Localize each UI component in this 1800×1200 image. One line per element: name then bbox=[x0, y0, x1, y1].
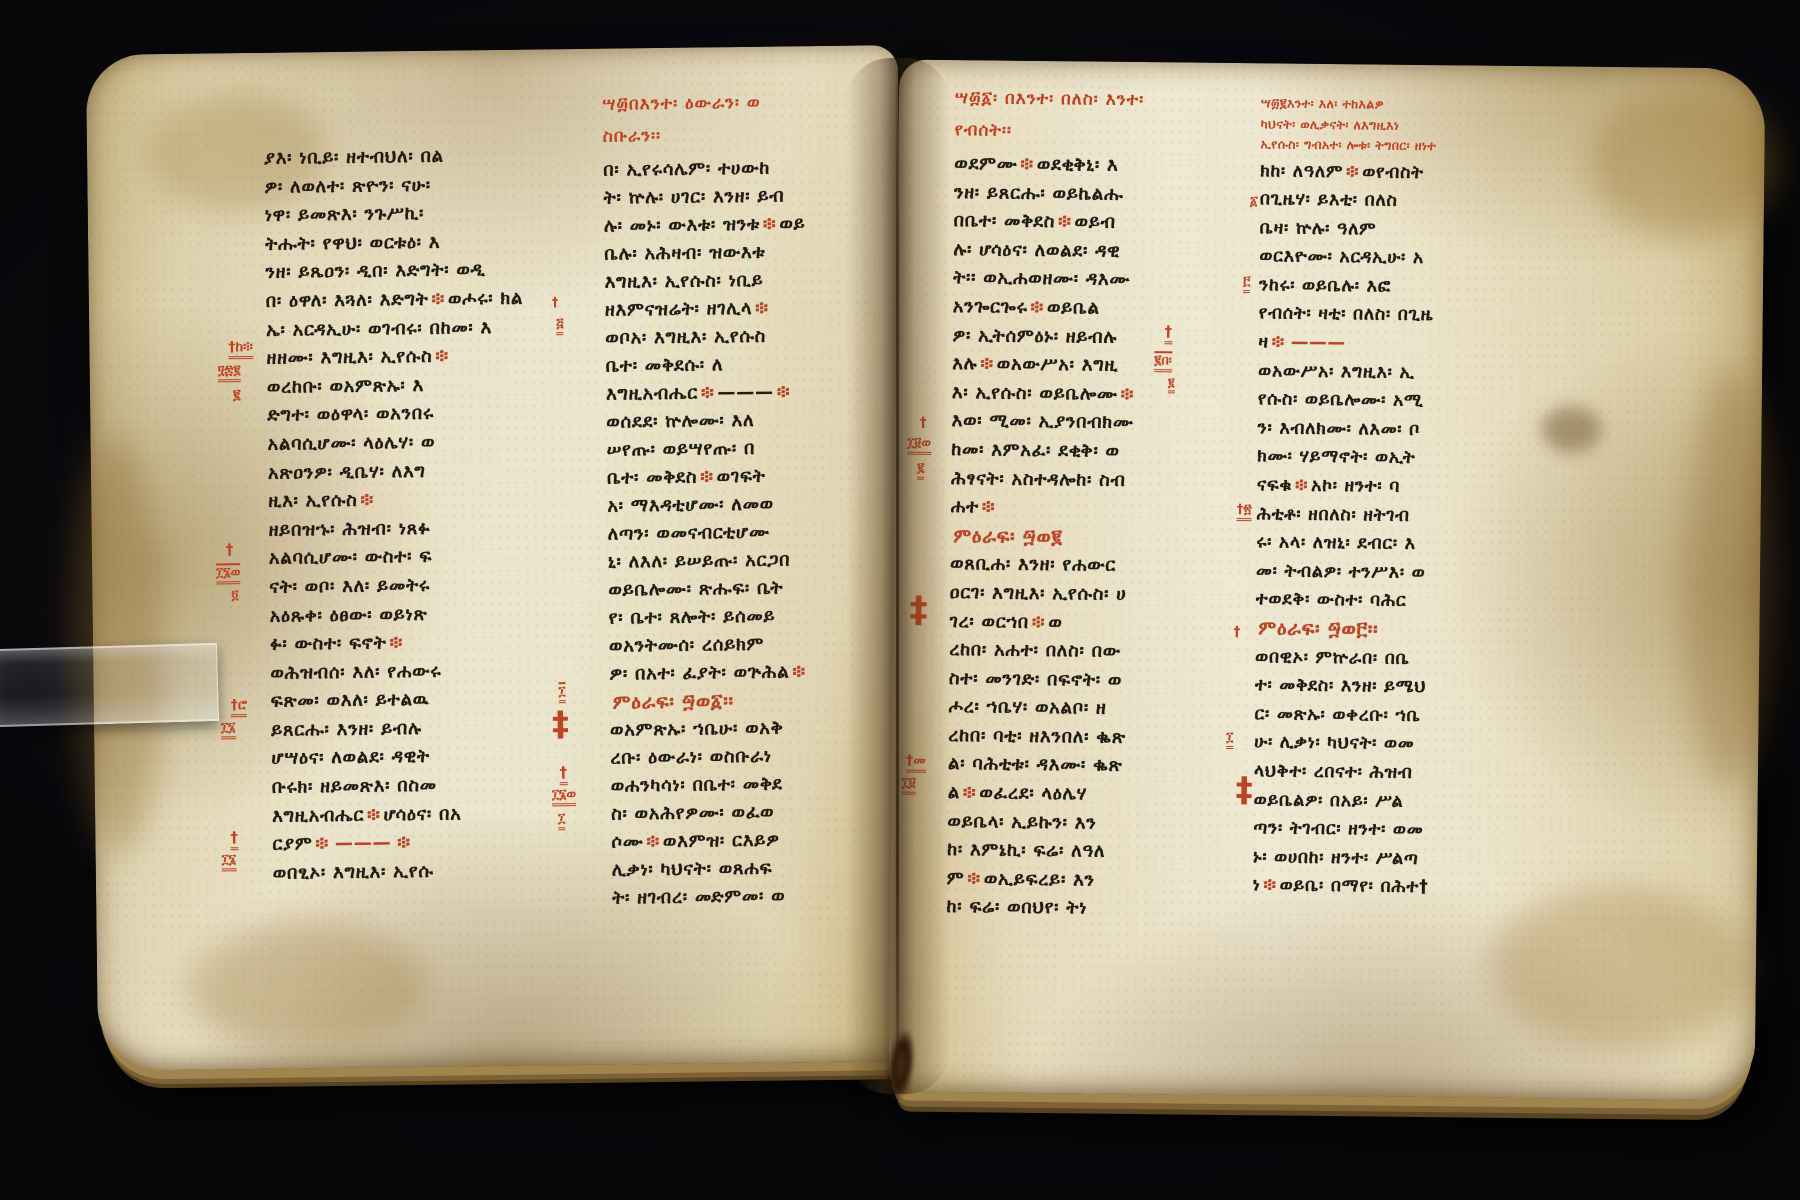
text-segment: ፨ bbox=[774, 381, 794, 402]
text-segment: አኮ፡ ዘንተ፡ ባ bbox=[1311, 476, 1400, 497]
text-segment: ፨ bbox=[1017, 154, 1037, 175]
text-segment: በ፡ ኢየሩሳሌም፡ ተሀውከ bbox=[603, 158, 770, 181]
text-line: –ዘይበዝኁ፡ ሕዝብ፡ ነጸፉ bbox=[268, 513, 590, 546]
text-line: –ኤ፡ አርዳኢሁ፡ ወገብሩ፡ በከመ፡ እ bbox=[266, 312, 588, 345]
text-line: –ዚእ፡ ኢየሱስ፨ bbox=[268, 484, 590, 517]
rubric-cross-mark: † bbox=[1233, 625, 1240, 640]
text-segment: ፨ bbox=[697, 466, 717, 487]
text-line: –አልባሲሆሙ፡ ላዕሌሃ፡ ወ bbox=[267, 427, 589, 460]
text-segment: ——— bbox=[717, 382, 774, 404]
text-segment: የብሰት፡ ዛቲ፡ በለስ፡ በጊዜ bbox=[1259, 304, 1434, 326]
text-segment: ፨ bbox=[387, 632, 407, 653]
text-segment: ሆሳዕና፡ በአ bbox=[383, 803, 461, 825]
text-segment: ፨ bbox=[1029, 611, 1049, 632]
text-segment: ሕፃናት፡ አስተዳሎከ፡ ስብ bbox=[951, 468, 1126, 491]
text-line: ተወደቅ፡ ውስተ፡ ባሕር bbox=[1256, 586, 1572, 618]
rubric-cross-mark: † bbox=[226, 542, 234, 558]
text-segment: ወአንትሙሰ፡ ረሰይክም bbox=[609, 634, 764, 657]
text-segment: ወየብስት bbox=[1362, 162, 1424, 183]
text-segment: ናት፡ ወቦ፡ እለ፡ ይመትሩ bbox=[269, 575, 430, 598]
parchment-stain bbox=[1682, 368, 1776, 789]
text-line: –ፉ፡ ውስተ፡ ፍኖት፨ bbox=[270, 627, 592, 660]
text-segment: ተወደቅ፡ ውስተ፡ ባሕር bbox=[1256, 590, 1407, 612]
text-segment: እግዚእ፡ ኢየሱስ፡ ነቢይ bbox=[605, 270, 764, 293]
rubric-cross-mark: † bbox=[552, 296, 559, 310]
text-line: ናፍቁ፨አኮ፡ ዘንተ፡ ባ bbox=[1257, 471, 1573, 503]
text-segment: ኤ፡ አርዳኢሁ፡ ወገብሩ፡ በከመ፡ እ bbox=[266, 317, 492, 341]
text-line: ኑ፡ ወሀበከ፡ ዘንተ፡ ሥልጣ bbox=[1253, 843, 1569, 875]
text-segment: ቤተ፡ መቅደሱ፡ ለ bbox=[606, 354, 724, 376]
rubric-canon-number: ፪ bbox=[233, 388, 241, 403]
text-segment: ዐርገ፡ እግዚእ፡ ኢየሱስ፡ ሀ bbox=[950, 582, 1127, 605]
text-segment: ኑ፡ ወሀበከ፡ ዘንተ፡ ሥልጣ bbox=[1253, 847, 1419, 869]
text-segment: ፨ bbox=[432, 346, 452, 367]
text-line: –ት፡፡ ወኢሐወዘሙ፡ ዳእሙ bbox=[953, 264, 1259, 296]
text-segment: † bbox=[1419, 877, 1429, 897]
text-line: –ል፡ ባሕቲቱ፡ ዳእሙ፡ ቈጽ bbox=[948, 751, 1254, 783]
rubric-canon-number: ፲፮ bbox=[221, 721, 236, 739]
rubric-cross-mark: †፳ bbox=[1237, 503, 1252, 521]
text-line: –ድግተ፡ ወዕዋላ፡ ወአንበሩ bbox=[267, 398, 589, 431]
text-line: ምዕራፍ፡ ፵ወ፪ bbox=[950, 522, 1256, 554]
text-line: –በ፡ ዕዋለ፡ እጓለ፡ እድግት፨ወሖሩ፡ ክል bbox=[266, 284, 588, 317]
text-segment: እ፡ ኢየሱስ፡ ወይቤሎሙ bbox=[952, 382, 1118, 405]
text-segment: ፨ bbox=[698, 382, 718, 403]
rubric-header-line: ኢየሱስ፡ ግብአተ፡ ሎቱ፡ ትግበር፡ ዘነተ bbox=[1260, 136, 1576, 155]
text-line: –ቡሩክ፡ ዘይመጽእ፡ በስመ bbox=[272, 770, 594, 803]
text-segment: መ፡ ትብልዎ፡ ተንሥእ፡ ወ bbox=[1256, 561, 1426, 583]
text-segment: ወረከቡ፡ ወአምጽኡ፡ እ bbox=[267, 375, 424, 398]
rubric-header-line: ሣ፴፩፡ በእንተ፡ በለስ፡ እንተ፡ bbox=[955, 86, 1261, 114]
text-line: –እ፡ ኢየሱስ፡ ወይቤሎሙ፨ bbox=[952, 379, 1258, 411]
text-line: –በቤተ፡ መቅደስ፨ወይብ bbox=[954, 207, 1260, 239]
text-line: ወይቤልዎ፡ በአይ፡ ሥል bbox=[1254, 786, 1570, 818]
text-line: –አልባሲሆሙ፡ ውስተ፡ ፍ bbox=[269, 541, 591, 574]
text-segment: ስተ፡ መንገድ፡ በፍኖት፡ ወ bbox=[949, 668, 1122, 691]
text-segment: ወአውሥአ፡ እግዚ bbox=[997, 354, 1119, 376]
text-line: –ከመ፡ እምአፈ፡ ደቂቅ፡ ወ bbox=[951, 436, 1257, 468]
text-segment: ወሐንካሳነ፡ በቤተ፡ መቅደ bbox=[611, 774, 783, 797]
text-segment: ፨ bbox=[1055, 211, 1075, 232]
text-segment: ፨ bbox=[977, 353, 997, 374]
rubric-canon-number: ፩ bbox=[1250, 195, 1258, 209]
text-segment: ትሑት፡ የዋህ፡ ወርቱዕ፡ እ bbox=[265, 231, 440, 254]
text-segment: ፨ bbox=[1269, 332, 1288, 352]
text-segment: አዕጹቀ፡ ዕፀው፡ ወይነጽ bbox=[270, 603, 428, 626]
text-segment: ፨ bbox=[394, 832, 414, 853]
text-segment: ——— bbox=[332, 833, 395, 855]
text-segment: ድግተ፡ ወዕዋላ፡ ወአንበሩ bbox=[267, 403, 434, 426]
rubric-staff-cross: ‡ bbox=[1236, 773, 1253, 809]
text-segment: ወጸቢሐ፡ እንዘ፡ የሐውር bbox=[950, 553, 1116, 576]
text-segment: ጣን፡ ትገብር፡ ዘንተ፡ ወመ bbox=[1253, 818, 1423, 840]
text-line: –ወጸቢሐ፡ እንዘ፡ የሐውር bbox=[950, 550, 1256, 582]
text-segment: ሩ፡ አላ፡ ለዝኒ፡ ደብር፡ እ bbox=[1256, 532, 1416, 554]
text-segment: ወገፍት bbox=[717, 466, 766, 488]
text-segment: በቤተ፡ መቅደስ bbox=[954, 210, 1056, 232]
text-segment: ንዘ፡ ይጼዐን፡ ዲበ፡ እድግት፡ ወዲ bbox=[265, 260, 485, 284]
text-line: ወርእዮሙ፡ አርዳኢሁ፡ አ bbox=[1259, 243, 1575, 275]
text-segment: ወበዊኦ፡ ምኵራበ፡ በቤ bbox=[1255, 647, 1410, 669]
text-segment: ዘይበዝኁ፡ ሕዝብ፡ ነጸፉ bbox=[269, 518, 431, 541]
text-segment: ቡሩክ፡ ዘይመጽእ፡ በስመ bbox=[272, 775, 437, 798]
text-segment: ——— bbox=[1288, 333, 1349, 354]
text-segment: ወአምጽኡ፡ ኀቤሁ፡ ወአቅ bbox=[610, 718, 784, 741]
text-segment: ዚእ፡ ኢየሱስ bbox=[268, 490, 357, 512]
text-segment: ፨ bbox=[789, 661, 809, 682]
text-line: ጣን፡ ትገብር፡ ዘንተ፡ ወመ bbox=[1253, 814, 1569, 846]
rubric-canon-number: ፲፮ወ bbox=[552, 788, 576, 806]
text-segment: ወይብ bbox=[1074, 212, 1115, 233]
rubric-canon-number: ፲፮ወ bbox=[216, 563, 240, 584]
text-segment: ፨ bbox=[643, 831, 663, 852]
text-segment: ነ bbox=[1253, 876, 1261, 896]
rubric-header-line: ሣ፴፪እንተ፡ እለ፡ ተከእልዎ bbox=[1261, 95, 1577, 114]
text-line: በጊዜሃ፡ ይእቲ፡ በለስ bbox=[1260, 185, 1576, 217]
rubric-cross-mark: †ሮ bbox=[231, 698, 248, 717]
text-segment: ሉ፡ ሆሳዕና፡ ለወልደ፡ ዳዊ bbox=[953, 239, 1120, 262]
text-segment: ሆሣዕና፡ ለወልደ፡ ዳዊት bbox=[271, 746, 430, 769]
text-segment: አልባሲሆሙ፡ ውስተ፡ ፍ bbox=[269, 546, 432, 569]
text-segment: ፨ bbox=[1118, 384, 1138, 405]
text-segment: ወይቤ፡ በማየ፡ በሕተ bbox=[1280, 876, 1420, 897]
parchment-stain bbox=[1489, 886, 1751, 1049]
text-segment: ወሖሩ፡ ክል bbox=[448, 288, 523, 310]
text-line: –አዕጹቀ፡ ዕፀው፡ ወይነጽ bbox=[270, 598, 592, 631]
text-segment: እግዚአብሔር bbox=[606, 383, 698, 405]
text-line: –ረከበ፡ አሐተ፡ በለስ፡ በው bbox=[949, 636, 1255, 668]
text-line: –ወይቤላ፡ ኢይኩን፡ እን bbox=[947, 808, 1253, 840]
text-line: ሩ፡ አላ፡ ለዝኒ፡ ደብር፡ እ bbox=[1256, 528, 1572, 560]
text-segment: ወይቤሎሙ፡ ጽሑፍ፡ ቤት bbox=[608, 578, 783, 601]
text-line: –ናት፡ ወቦ፡ እለ፡ ይመትሩ bbox=[269, 570, 591, 603]
text-line: ምዕራፍ፡ ፵ወ፫፡፡ bbox=[1255, 614, 1571, 646]
rubric-canon-number: ፲ bbox=[559, 682, 566, 703]
text-segment: ክከ፡ ለዓለም bbox=[1260, 161, 1343, 182]
text-line: –ዐርገ፡ እግዚእ፡ ኢየሱስ፡ ሀ bbox=[950, 579, 1256, 611]
text-segment: ላህቅተ፡ ረበናተ፡ ሕዝብ bbox=[1254, 761, 1413, 783]
text-segment: ዎ፡ ለወለተ፡ ጽዮን፡ ናሁ፡ bbox=[264, 174, 431, 197]
text-segment: ወእምዝ፡ ርእይዎ bbox=[663, 830, 780, 852]
rubric-header-line: የብሰት፡፡ bbox=[955, 118, 1261, 146]
rubric-staff-cross: ‡ bbox=[552, 707, 569, 743]
text-segment: ናፍቁ bbox=[1257, 475, 1292, 495]
text-segment: ቤሉ፡ አሕዛብ፡ ዝውእቱ bbox=[604, 242, 765, 265]
text-line: ክሙ፡ ሃይማኖት፡ ወኢት bbox=[1257, 443, 1573, 475]
text-line: –ፍጽመ፡ ወእለ፡ ይተልዉ bbox=[271, 684, 593, 717]
text-segment: እሉ bbox=[952, 353, 977, 374]
text-line: –ወበፂኦ፡ እግዚእ፡ ኢየሱ bbox=[273, 856, 595, 889]
rubric-canon-number: ፲ bbox=[558, 812, 565, 830]
text-segment: ከ፡ ፍሬ፡ ወበህየ፡ ትነ bbox=[946, 896, 1087, 918]
text-segment: ከመ፡ እምአፈ፡ ደቂቅ፡ ወ bbox=[951, 439, 1120, 462]
text-line: –ገረ፡ ወርኀበ፨ወ bbox=[949, 608, 1255, 640]
text-column-1: –ያእ፡ ነቢይ፡ ዘተብህለ፡ በል–ዎ፡ ለወለተ፡ ጽዮን፡ ናሁ፡–ነዋ… bbox=[264, 141, 595, 888]
margin-marks-right: †፲፱ወ፪‡†መ፲፱፩†፪በ፡፪፫†፳†፲‡ bbox=[899, 59, 1765, 68]
text-segment: ንከሩ፡ ወይቤሉ፡ እፎ bbox=[1259, 275, 1391, 296]
text-segment: ን፡ እብለክሙ፡ ለእመ፡ ቦ bbox=[1257, 418, 1420, 440]
text-segment: ወይቤል bbox=[1047, 297, 1100, 319]
rubric-cross-mark: † bbox=[1164, 324, 1172, 344]
text-segment: ሉ፡ መኑ፡ ውእቱ፡ ዝንቱ bbox=[604, 214, 760, 237]
text-segment: ረከበ፡ አሐተ፡ በለስ፡ በው bbox=[949, 639, 1121, 662]
text-segment: አጽዐንዎ፡ ዲቤሃ፡ ለእግ bbox=[268, 460, 426, 483]
manuscript-page-right: ሣ፴፩፡ በእንተ፡ በለስ፡ እንተ፡የብሰት፡፡–ወደምሙ፨ወደቂቅኒ፡ እ… bbox=[889, 59, 1766, 1100]
text-line: ክከ፡ ለዓለም፨ወየብስት bbox=[1260, 157, 1576, 189]
text-segment: ት፡ ኵሉ፡ ሀገር፡ እንዘ፡ ይብ bbox=[603, 185, 784, 208]
text-segment: ምዕራፍ፡ ፵ወ፪ bbox=[950, 525, 1065, 548]
text-segment: ዛ bbox=[1258, 332, 1269, 352]
text-segment: ት፡ ዘገብረ፡ መድምመ፡ ወ bbox=[612, 886, 785, 909]
text-segment: ወበፂኦ፡ እግዚእ፡ ኢየሱ bbox=[273, 861, 434, 884]
text-segment: ፨ bbox=[979, 496, 999, 517]
text-line: የብሰት፡ ዛቲ፡ በለስ፡ በጊዜ bbox=[1259, 300, 1575, 332]
rubric-canon-number: ፲ bbox=[1226, 731, 1233, 749]
text-segment: ሶሙ bbox=[611, 831, 643, 852]
rubric-header-line: ካህናት፡ ወሊቃናት፡ ለእግዚእነ bbox=[1261, 116, 1577, 135]
text-line: –ያእ፡ ነቢይ፡ ዘተብህለ፡ በል bbox=[264, 141, 586, 174]
rubric-canon-number: ፫ bbox=[1243, 275, 1250, 293]
text-segment: ስ፡ ወአሕየዎሙ፡ ወፈወ bbox=[611, 802, 774, 825]
text-line: –ወረከቡ፡ ወአምጽኡ፡ እ bbox=[267, 370, 589, 403]
text-segment: ረከበ፡ ባቲ፡ ዘእንበለ፡ ቈጽ bbox=[948, 725, 1126, 748]
text-segment: ሁ፡ ሊቃነ፡ ካህናት፡ ወመ bbox=[1254, 733, 1414, 755]
text-segment: ወአውሥአ፡ እግዚእ፡ ኢ bbox=[1258, 361, 1415, 383]
text-segment: ረቡ፡ ዕውራነ፡ ወስቡራነ bbox=[610, 746, 772, 769]
text-line: –ል፨ወፈረደ፡ ላዕሌሃ bbox=[948, 779, 1254, 811]
text-line: ተ፡ መቅደስ፡ እንዘ፡ ይሜህ bbox=[1255, 671, 1571, 703]
text-line: ወበዊኦ፡ ምኵራበ፡ በቤ bbox=[1255, 643, 1571, 675]
text-segment: ል፡ ባሕቲቱ፡ ዳእሙ፡ ቈጽ bbox=[948, 754, 1123, 777]
parchment-stain bbox=[1588, 87, 1780, 239]
text-line: –እሉ፨ወአውሥአ፡ እግዚ bbox=[952, 350, 1258, 382]
text-line: –ረከበ፡ ባቲ፡ ዘእንበለ፡ ቈጽ bbox=[948, 722, 1254, 754]
text-segment: ገረ፡ ወርኀበ bbox=[949, 611, 1029, 633]
text-segment: ወይቤልዎ፡ በአይ፡ ሥል bbox=[1254, 790, 1404, 812]
text-segment: ፨ bbox=[752, 298, 772, 319]
text-segment: አ፡ ማእዳቲሆሙ፡ ለመወ bbox=[607, 494, 774, 517]
text-segment: ሊቃነ፡ ካህናት፡ ወጸሐፍ bbox=[612, 858, 773, 881]
text-line: –ወደምሙ፨ወደቂቅኒ፡ እ bbox=[954, 150, 1260, 182]
text-line: ላህቅተ፡ ረበናተ፡ ሕዝብ bbox=[1254, 757, 1570, 789]
parchment-stain bbox=[186, 921, 428, 1054]
text-segment: ሖረ፡ ኀቤሃ፡ ወአልቦ፡ ዘ bbox=[949, 696, 1107, 719]
text-line: የሱስ፡ ወይቤሎሙ፡ አሚ bbox=[1258, 386, 1574, 418]
text-segment: ዘእምናዝሬት፡ ዘገሊላ bbox=[605, 298, 753, 321]
text-segment: ዎ፡ በአተ፡ ፈያት፡ ወጕሕል bbox=[609, 661, 789, 684]
rubric-cross-mark: † bbox=[560, 765, 568, 785]
book-gutter-crease bbox=[896, 70, 899, 1080]
text-segment: ሐተ bbox=[951, 496, 979, 517]
text-line: ር፡ መጽኡ፡ ወቀረቡ፡ ኀቤ bbox=[1254, 700, 1570, 732]
text-column-3: ሣ፴፩፡ በእንተ፡ በለስ፡ እንተ፡የብሰት፡፡–ወደምሙ፨ወደቂቅኒ፡ እ… bbox=[946, 86, 1261, 925]
text-segment: ሠየጡ፡ ወይሣየጡ፡ በ bbox=[607, 438, 756, 461]
text-line: ዛ፨——— bbox=[1258, 328, 1574, 360]
text-line: ነ፨ወይቤ፡ በማየ፡ በሕተ† bbox=[1253, 872, 1569, 904]
text-segment: ፨ bbox=[1027, 297, 1047, 318]
text-segment: ወሰደደ፡ ኵሎሙ፡ እለ bbox=[606, 410, 754, 433]
text-line: –ስተ፡ መንገድ፡ በፍኖት፡ ወ bbox=[949, 665, 1255, 697]
text-segment: በጊዜሃ፡ ይእቲ፡ በለስ bbox=[1260, 189, 1398, 210]
text-line: ወአውሥአ፡ እግዚእ፡ ኢ bbox=[1258, 357, 1574, 389]
text-line: –ነዋ፡ ይመጽእ፡ ንጉሥኪ፡ bbox=[265, 198, 587, 231]
text-segment: ርያም bbox=[272, 834, 312, 855]
clear-acrylic-strip bbox=[0, 643, 219, 727]
rubric-canon-number: ፪በ፡ bbox=[1154, 351, 1172, 372]
text-segment: ቤተ፡ መቅደስ bbox=[607, 467, 698, 489]
text-line: –ወሕዝብሰ፡ እለ፡ የሐውሩ bbox=[270, 656, 592, 689]
text-segment: ወርእዮሙ፡ አርዳኢሁ፡ አ bbox=[1259, 247, 1424, 269]
rubric-cross-mark: †ከ፨ bbox=[228, 340, 253, 359]
text-segment: ፍጽመ፡ ወእለ፡ ይተልዉ bbox=[271, 689, 430, 712]
text-segment: ዘዘሙ፡ እግዚእ፡ ኢየሱስ bbox=[266, 346, 432, 369]
text-segment: ት፡፡ ወኢሐወዘሙ፡ ዳእሙ bbox=[953, 267, 1130, 290]
text-line: ቤዛ፡ ኵሉ፡ ዓለም bbox=[1260, 214, 1576, 246]
text-line: መ፡ ትብልዎ፡ ተንሥእ፡ ወ bbox=[1256, 557, 1572, 589]
text-line: ን፡ እብለክሙ፡ ለእመ፡ ቦ bbox=[1257, 414, 1573, 446]
text-segment: ወኢይፍረይ፡ እን bbox=[984, 868, 1095, 890]
text-line: –ይጸርሑ፡ እንዘ፡ ይብሉ bbox=[271, 713, 593, 746]
rubric-canon-number: ፲፮ bbox=[222, 853, 237, 871]
text-segment: ወፈረደ፡ ላዕሌሃ bbox=[979, 782, 1087, 804]
text-line: ሁ፡ ሊቃነ፡ ካህናት፡ ወመ bbox=[1254, 729, 1570, 761]
text-line: –ከ፡ ፍሬ፡ ወበህየ፡ ትነ bbox=[946, 893, 1252, 925]
text-line: –ርያም፨———፨ bbox=[272, 827, 594, 860]
text-segment: የሱስ፡ ወይቤሎሙ፡ አሚ bbox=[1258, 390, 1424, 412]
text-segment: ፨ bbox=[1292, 476, 1311, 496]
text-column-4: ሣ፴፪እንተ፡ እለ፡ ተከእልዎካህናት፡ ወሊቃናት፡ ለእግዚእነኢየሱስ… bbox=[1253, 95, 1577, 903]
text-line: –ትሑት፡ የዋህ፡ ወርቱዕ፡ እ bbox=[265, 227, 587, 260]
text-segment: ንዘ፡ ይጸርሑ፡ ወይኬልሑ bbox=[954, 182, 1124, 205]
text-segment: ሕቲቶ፡ ዘበለስ፡ ዘትገብ bbox=[1257, 504, 1410, 526]
text-line: –አጽዐንዎ፡ ዲቤሃ፡ ለእግ bbox=[268, 455, 590, 488]
text-segment: ዎ፡ ኢትሰምዕኑ፡ ዘይብሉ bbox=[952, 325, 1117, 348]
text-segment: ፨ bbox=[1343, 162, 1362, 182]
text-segment: ወ bbox=[1048, 612, 1062, 633]
text-segment: ምዕራፍ፡ ፵ወ፫፡፡ bbox=[1255, 617, 1381, 640]
text-segment: ፨ bbox=[364, 804, 384, 825]
text-segment: ከ፡ እምኔኪ፡ ፍሬ፡ ለዓለ bbox=[947, 839, 1105, 862]
text-line: –ንዘ፡ ይጸርሑ፡ ወይኬልሑ bbox=[954, 179, 1260, 211]
text-segment: ይጸርሑ፡ እንዘ፡ ይብሉ bbox=[271, 718, 422, 741]
text-line: ንከሩ፡ ወይቤሉ፡ እፎ bbox=[1259, 271, 1575, 303]
text-segment: ወደምሙ bbox=[954, 153, 1017, 175]
rubric-canon-number: ፭ bbox=[556, 317, 564, 335]
text-line: –እወ፡ ሚመ፡ ኢያንበብክሙ bbox=[951, 407, 1257, 439]
rubric-canon-number: ፶፷፪ bbox=[218, 364, 241, 382]
text-line: –ም፨ወኢይፍረይ፡ እን bbox=[947, 865, 1253, 897]
text-segment: ምዕራፍ፡ ፵ወ፩፡፡ bbox=[610, 690, 737, 714]
text-segment: ወቦአ፡ እግዚእ፡ ኢየሱስ bbox=[605, 326, 766, 349]
text-line: –ከ፡ እምኔኪ፡ ፍሬ፡ ለዓለ bbox=[947, 836, 1253, 868]
text-line: –ንዘ፡ ይጼዐን፡ ዲበ፡ እድግት፡ ወዲ bbox=[265, 255, 587, 288]
manuscript-page-left: –ያእ፡ ነቢይ፡ ዘተብህለ፡ በል–ዎ፡ ለወለተ፡ ጽዮን፡ ናሁ፡–ነዋ… bbox=[86, 45, 910, 1071]
text-segment: ክሙ፡ ሃይማኖት፡ ወኢት bbox=[1257, 447, 1415, 469]
rubric-canon-number: ፪ bbox=[1168, 376, 1175, 393]
text-segment: ወይቤላ፡ ኢይኩን፡ እን bbox=[947, 811, 1096, 834]
text-line: ሕቲቶ፡ ዘበለስ፡ ዘትገብ bbox=[1257, 500, 1573, 532]
text-line: –አንጐርጐሩ፨ወይቤል bbox=[953, 293, 1259, 325]
text-segment: ፨ bbox=[428, 289, 448, 310]
text-line: –ዎ፡ ለወለተ፡ ጽዮን፡ ናሁ፡ bbox=[264, 169, 586, 202]
text-line: –ሆሣዕና፡ ለወልደ፡ ዳዊት bbox=[271, 741, 593, 774]
text-segment: ወደቂቅኒ፡ እ bbox=[1037, 154, 1119, 176]
text-segment: ፨ bbox=[312, 833, 332, 854]
text-segment: ፨ bbox=[964, 868, 984, 889]
text-segment: ወይ bbox=[779, 213, 805, 234]
text-segment: እግዚአብሔር bbox=[272, 804, 364, 826]
text-line: –ዘዘሙ፡ እግዚእ፡ ኢየሱስ፨ bbox=[266, 341, 588, 374]
text-line: –ሕፃናት፡ አስተዳሎከ፡ ስብ bbox=[951, 465, 1257, 497]
text-segment: በ፡ ዕዋለ፡ እጓለ፡ እድግት bbox=[266, 289, 429, 312]
rubric-canon-number: ፬ bbox=[231, 589, 238, 603]
text-segment: ለጣን፡ ወመናብርቲሆሙ bbox=[608, 522, 770, 545]
text-line: –ሖረ፡ ኀቤሃ፡ ወአልቦ፡ ዘ bbox=[948, 693, 1254, 725]
rubric-cross-mark: † bbox=[230, 830, 238, 850]
text-segment: ፨ bbox=[357, 490, 377, 511]
text-segment: ፨ bbox=[960, 782, 980, 803]
text-segment: ያእ፡ ነቢይ፡ ዘተብህለ፡ በል bbox=[264, 146, 444, 169]
text-segment: ፉ፡ ውስተ፡ ፍኖት bbox=[270, 632, 387, 654]
text-segment: ቤዛ፡ ኵሉ፡ ዓለም bbox=[1260, 218, 1377, 239]
text-segment: ወሕዝብሰ፡ እለ፡ የሐውሩ bbox=[270, 660, 441, 683]
text-segment: ነዋ፡ ይመጽእ፡ ንጉሥኪ፡ bbox=[265, 203, 425, 226]
text-line: –እግዚአብሔር፨ሆሳዕና፡ በአ bbox=[272, 799, 594, 832]
text-segment: የ፡ ቤተ፡ ጸሎት፡ ይሰመይ bbox=[609, 606, 776, 629]
text-segment: ፨ bbox=[760, 214, 780, 235]
text-segment: ፨ bbox=[1260, 876, 1279, 896]
photo-backdrop: { "palette":{"rubric_red":"#bf4222","ink… bbox=[0, 0, 1800, 1200]
text-segment: አልባሲሆሙ፡ ላዕሌሃ፡ ወ bbox=[267, 432, 435, 455]
text-segment: እወ፡ ሚመ፡ ኢያንበብክሙ bbox=[952, 410, 1134, 433]
text-segment: ተ፡ መቅደስ፡ እንዘ፡ ይሜህ bbox=[1255, 675, 1426, 697]
text-segment: ር፡ መጽኡ፡ ወቀረቡ፡ ኀቤ bbox=[1254, 704, 1420, 726]
text-segment: ኒ፡ ለእለ፡ ይሠይጡ፡ አርጋበ bbox=[608, 549, 790, 572]
text-line: –ሐተ፨ bbox=[951, 493, 1257, 525]
text-line: –ሉ፡ ሆሳዕና፡ ለወልደ፡ ዳዊ bbox=[953, 236, 1259, 268]
margin-marks-left: †ከ፨፶፷፪፪†፲፮ወ፬†ሮ፲፮†፲፮†፭፲‡†፲፮ወ፲ bbox=[86, 45, 898, 55]
text-line: –ዎ፡ ኢትሰምዕኑ፡ ዘይብሉ bbox=[952, 322, 1258, 354]
text-segment: አንጐርጐሩ bbox=[953, 296, 1028, 318]
